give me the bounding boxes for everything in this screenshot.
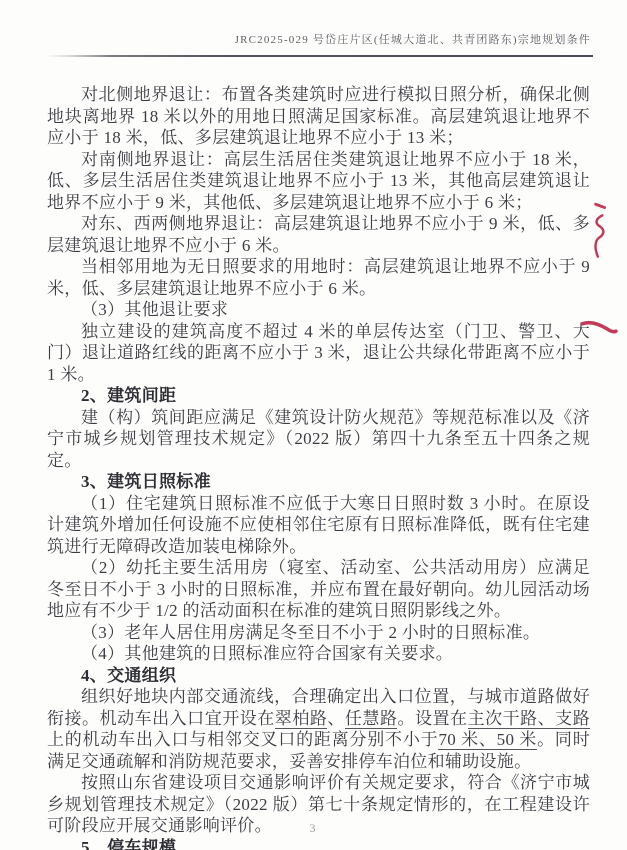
text-segment: 、 <box>327 709 345 728</box>
para-east-west-setback: 对东、西两侧地界退让：高层建筑退让地界不应小于 9 米，低、多层建筑退让地界不应… <box>47 213 590 256</box>
para-adjacent-land: 当相邻用地为无日照要求的用地时：高层建筑退让地界不应小于 9 米，低、多层建筑退… <box>47 256 590 299</box>
distance-values-underlined: 70 米、50 米 <box>438 730 537 750</box>
document-page: JRC2025-029 号岱庄片区(任城大道北、共青团路东)宗地规划条件 对北侧… <box>0 0 627 850</box>
road-name-renhui: 任慧路 <box>345 709 398 729</box>
para-elderly-sunlight: （3）老年人居住用房满足冬至日不小于 2 小时的日照标准。 <box>47 622 590 644</box>
road-class-underlined: 主次干路、支路 <box>468 709 590 729</box>
document-body: 对北侧地界退让：布置各类建筑时应进行模拟日照分析，确保北侧地块离地界 18 米以… <box>47 84 590 850</box>
section-heading-parking: 5、停车规模 <box>47 837 590 850</box>
pen-dash-mark-icon <box>580 316 618 338</box>
para-kindergarten-sunlight: （2）幼托主要生活用房（寝室、活动室、公共活动用房）应满足冬至日不小于 3 小时… <box>47 557 590 622</box>
para-building-spacing: 建（构）筑间距应满足《建筑设计防火规范》等规范标准以及《济宁市城乡规划管理技术规… <box>47 407 590 472</box>
section-heading-sunlight-standard: 3、建筑日照标准 <box>47 471 590 493</box>
section-heading-traffic: 4、交通组织 <box>47 665 590 687</box>
para-other-setback-subhead: （3）其他退让要求 <box>47 299 590 321</box>
header-divider <box>45 55 593 57</box>
para-north-setback: 对北侧地界退让：布置各类建筑时应进行模拟日照分析，确保北侧地块离地界 18 米以… <box>47 84 590 149</box>
para-residential-sunlight: （1）住宅建筑日照标准不应低于大寒日日照时数 3 小时。在原设计建筑外增加任何设… <box>47 493 590 558</box>
section-heading-building-spacing: 2、建筑间距 <box>47 385 590 407</box>
page-number: 3 <box>0 821 627 836</box>
handwritten-2-mark-icon <box>588 202 610 260</box>
para-other-sunlight: （4）其他建筑的日照标准应符合国家有关要求。 <box>47 643 590 665</box>
text-segment: 上的机动车出入口与相邻交叉口的距离分别不小于 <box>47 730 438 749</box>
para-gatehouse-setback: 独立建设的建筑高度不超过 4 米的单层传达室（门卫、警卫、大门）退让道路红线的距… <box>47 321 590 386</box>
road-name-cuibai: 翠柏路 <box>275 709 328 729</box>
para-traffic-organization: 组织好地块内部交通流线，合理确定出入口位置，与城市道路做好衔接。机动车出入口宜开… <box>47 686 590 772</box>
para-south-setback: 对南侧地界退让：高层生活居住类建筑退让地界不应小于 18 米，低、多层生活居住类… <box>47 149 590 214</box>
text-segment: 。设置在 <box>397 709 467 728</box>
running-header: JRC2025-029 号岱庄片区(任城大道北、共青团路东)宗地规划条件 <box>235 31 591 47</box>
